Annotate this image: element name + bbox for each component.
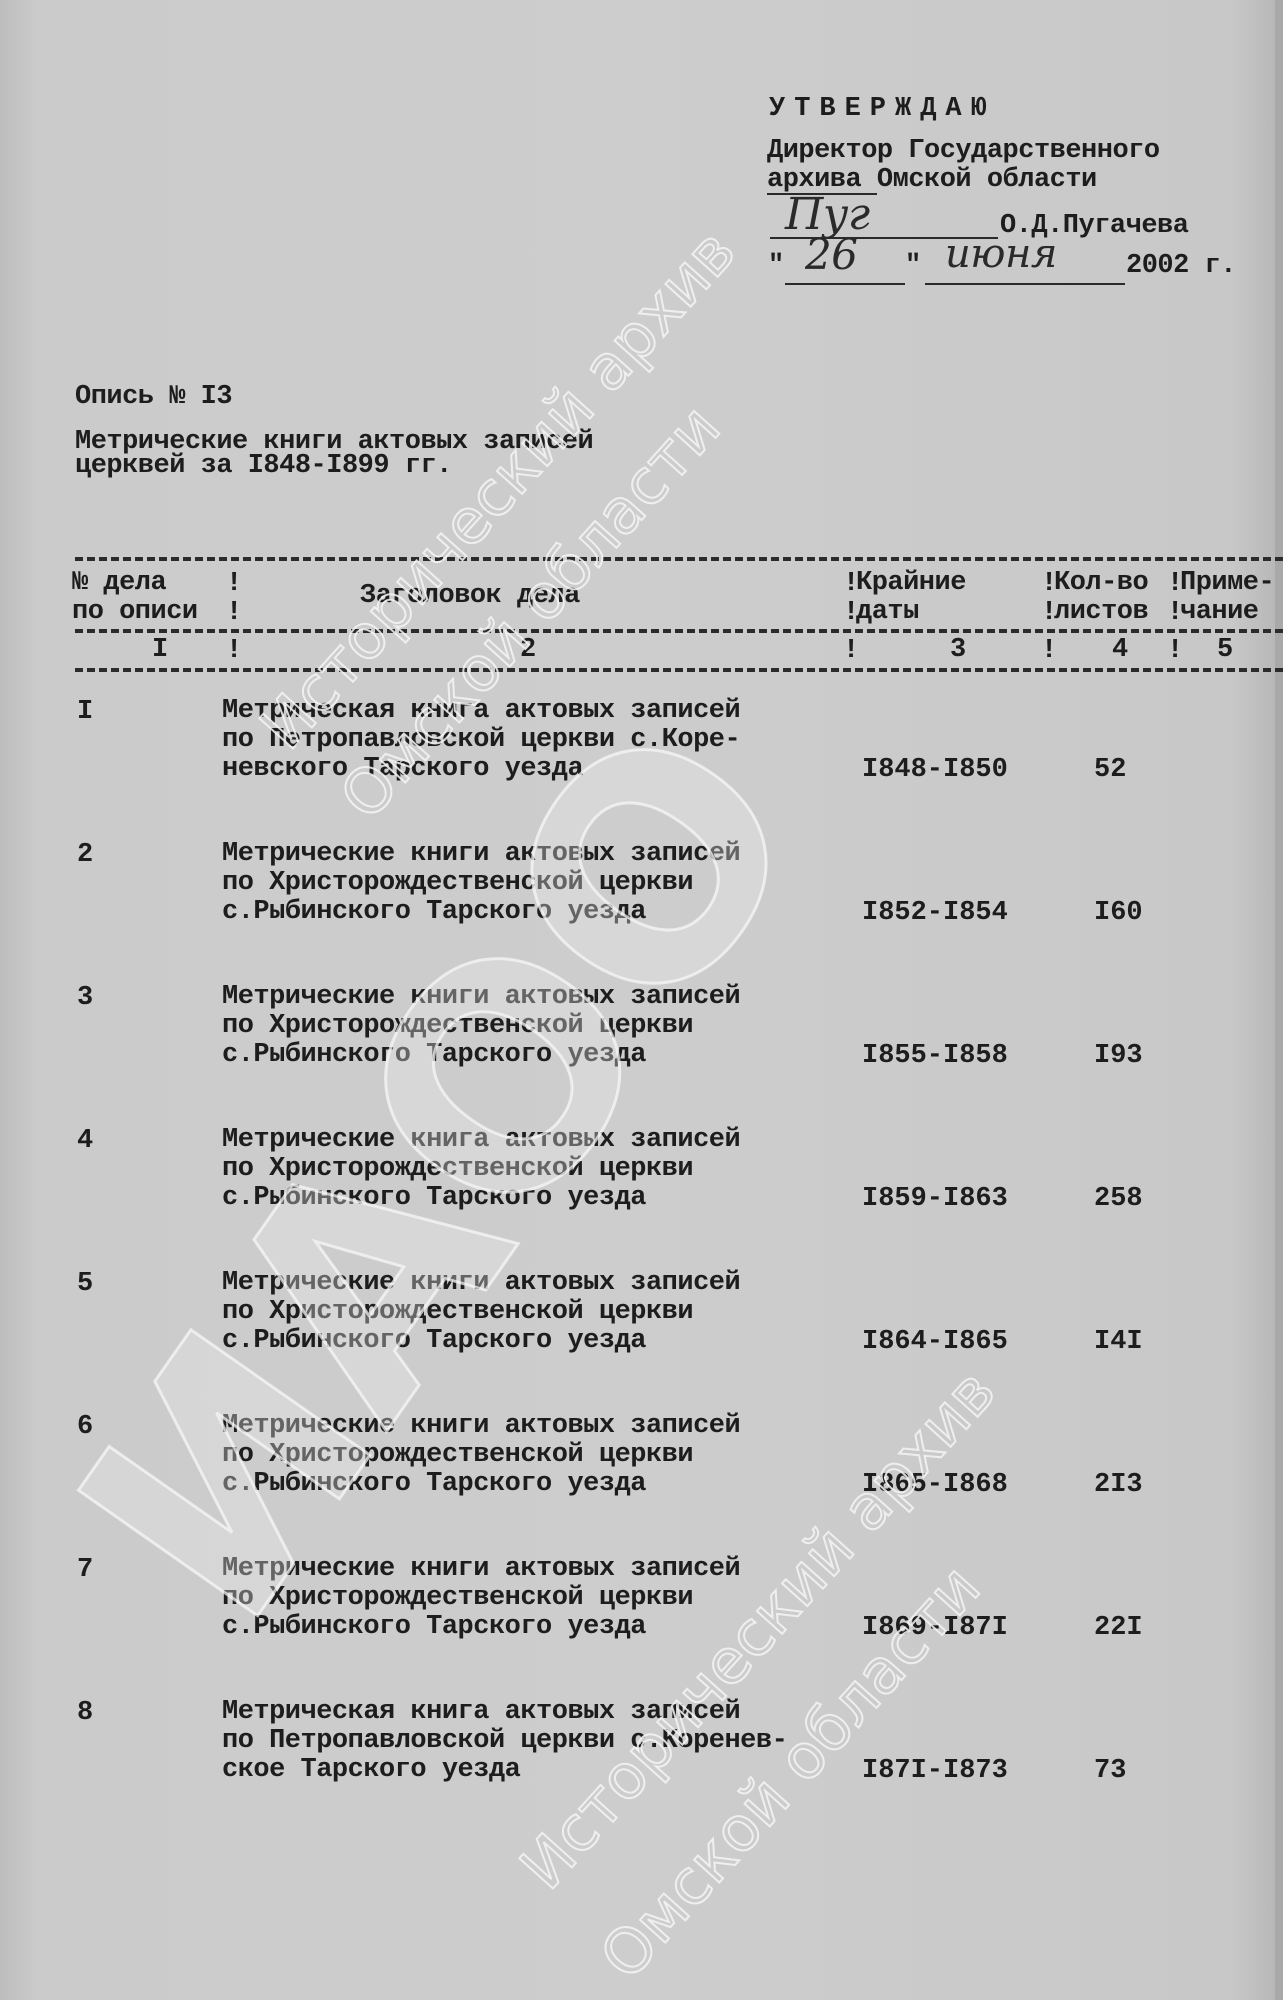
header-col5-line1: Приме-	[1180, 569, 1274, 598]
row-title: Метрические книги актовых записей по Хри…	[222, 1269, 862, 1356]
column-separator: !	[1041, 636, 1057, 666]
month-line	[925, 283, 1125, 285]
row-dates: I864-I865	[862, 1327, 1008, 1357]
row-dates: I852-I854	[862, 898, 1008, 928]
header-col3-line2: даты	[856, 598, 919, 627]
table-columns-rule	[75, 668, 1283, 672]
row-dates: I848-I850	[862, 755, 1008, 785]
row-number: 3	[77, 983, 93, 1013]
row-sheets: 2I3	[1094, 1470, 1143, 1500]
row-number: 8	[77, 1698, 93, 1728]
approval-heading: УТВЕРЖДАЮ	[769, 95, 996, 124]
row-sheets: I4I	[1094, 1327, 1143, 1357]
header-col2: Заголовок дела	[360, 582, 580, 611]
header-col4-line2: листов	[1054, 598, 1148, 627]
date-year: 2002 г.	[1126, 252, 1236, 281]
row-number: 7	[77, 1555, 93, 1585]
row-dates: I869-I87I	[862, 1613, 1008, 1643]
header-col1-line2: по описи	[72, 598, 198, 627]
header-col4-line1: Кол-во	[1054, 569, 1148, 598]
row-number: 2	[77, 840, 93, 870]
row-sheets: I60	[1094, 898, 1143, 928]
date-quote-open: "	[768, 252, 784, 281]
column-separator: !	[226, 598, 242, 628]
row-title: Метрические книги актовых записей по Хри…	[222, 1412, 862, 1499]
row-sheets: I93	[1094, 1041, 1143, 1071]
row-title: Метрическая книга актовых записей по Пет…	[222, 1698, 862, 1785]
row-title: Метрические книги актовых записей по Хри…	[222, 840, 862, 927]
row-number: 4	[77, 1126, 93, 1156]
row-dates: I855-I858	[862, 1041, 1008, 1071]
inventory-subtitle-line2: церквей за I848-I899 гг.	[75, 452, 452, 481]
column-number-3: 3	[950, 636, 966, 665]
row-dates: I859-I863	[862, 1184, 1008, 1214]
column-separator: !	[843, 636, 859, 666]
row-dates: I87I-I873	[862, 1756, 1008, 1786]
row-sheets: 258	[1094, 1184, 1143, 1214]
table-header-rule	[75, 629, 1283, 633]
row-number: 6	[77, 1412, 93, 1442]
column-separator: !	[226, 636, 242, 666]
date-quote-close: "	[905, 252, 921, 281]
date-day: 26	[805, 240, 857, 269]
header-col1-line1: № дела	[72, 569, 166, 598]
row-dates: I865-I868	[862, 1470, 1008, 1500]
row-sheets: 73	[1094, 1756, 1126, 1786]
approval-position-line1: Директор Государственного	[767, 137, 1160, 166]
column-separator: !	[226, 569, 242, 599]
page-edge	[1275, 0, 1283, 2000]
inventory-title: Опись № I3	[75, 383, 232, 412]
row-title: Метрическая книга актовых записей по Пет…	[222, 697, 862, 784]
column-separator: !	[1167, 636, 1183, 666]
row-number: I	[77, 697, 93, 727]
row-sheets: 22I	[1094, 1613, 1143, 1643]
signature: Пуг	[785, 200, 870, 229]
column-number-4: 4	[1112, 636, 1128, 665]
row-title: Метрические книга актовых записей по Хри…	[222, 1126, 862, 1213]
header-col5-line2: чание	[1180, 598, 1259, 627]
header-col3-line1: Крайние	[856, 569, 966, 598]
row-number: 5	[77, 1269, 93, 1299]
day-line	[785, 283, 905, 285]
column-number-1: I	[152, 636, 168, 665]
row-title: Метрические книги актовых записей по Хри…	[222, 983, 862, 1070]
column-number-2: 2	[520, 636, 536, 665]
row-title: Метрические книги актовых записей по Хри…	[222, 1555, 862, 1642]
date-month: июня	[945, 240, 1057, 269]
row-sheets: 52	[1094, 755, 1126, 785]
column-number-5: 5	[1217, 636, 1233, 665]
table-top-rule	[75, 557, 1283, 561]
